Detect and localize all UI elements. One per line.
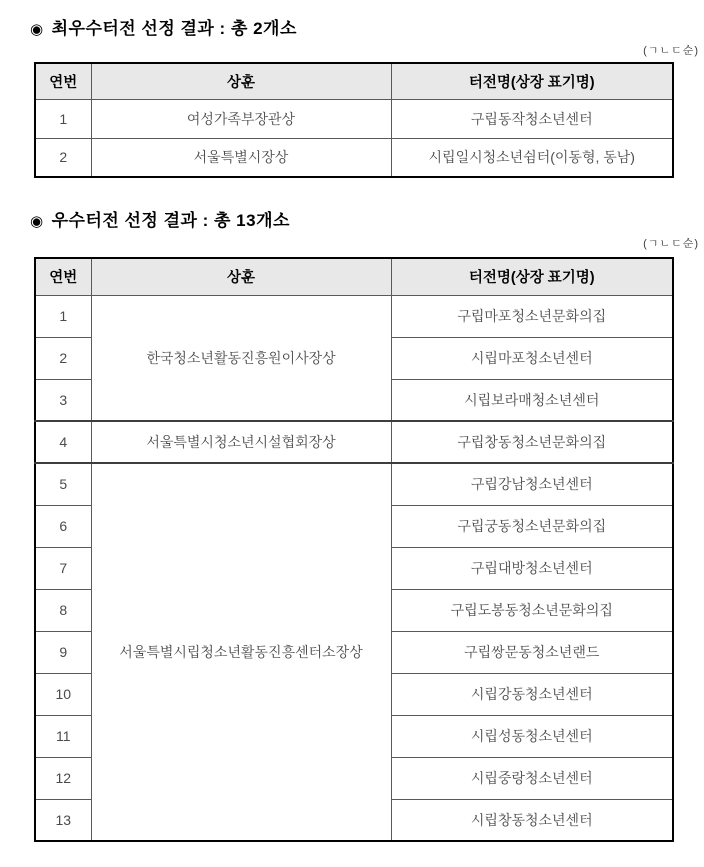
col-header-award: 상훈 bbox=[91, 63, 391, 99]
col-header-no: 연번 bbox=[35, 258, 91, 295]
sort-order-note: (ㄱㄴㄷ순) bbox=[643, 42, 699, 58]
cell-site: 구립궁동청소년문화의집 bbox=[391, 505, 673, 547]
col-header-no: 연번 bbox=[35, 63, 91, 99]
cell-no: 1 bbox=[35, 295, 91, 337]
col-header-site: 터전명(상장 표기명) bbox=[391, 258, 673, 295]
section-heading-best: ◉최우수터전 선정 결과 : 총 2개소 bbox=[30, 14, 297, 39]
cell-no: 2 bbox=[35, 337, 91, 379]
cell-award-merged: 서울특별시립청소년활동진흥센터소장상 bbox=[91, 463, 391, 841]
cell-no: 12 bbox=[35, 757, 91, 799]
cell-no: 7 bbox=[35, 547, 91, 589]
cell-no: 6 bbox=[35, 505, 91, 547]
cell-no: 11 bbox=[35, 715, 91, 757]
cell-no: 1 bbox=[35, 99, 91, 138]
section-title: 우수터전 선정 결과 : 총 13개소 bbox=[52, 211, 290, 230]
cell-award: 여성가족부장관상 bbox=[91, 99, 391, 138]
table-header-row: 연번 상훈 터전명(상장 표기명) bbox=[35, 258, 673, 295]
cell-no: 3 bbox=[35, 379, 91, 421]
col-header-site: 터전명(상장 표기명) bbox=[391, 63, 673, 99]
section-title: 최우수터전 선정 결과 : 총 2개소 bbox=[52, 19, 297, 38]
cell-site: 시립마포청소년센터 bbox=[391, 337, 673, 379]
cell-site: 구립마포청소년문화의집 bbox=[391, 295, 673, 337]
cell-no: 8 bbox=[35, 589, 91, 631]
cell-site: 구립쌍문동청소년랜드 bbox=[391, 631, 673, 673]
cell-no: 5 bbox=[35, 463, 91, 505]
cell-site: 시립성동청소년센터 bbox=[391, 715, 673, 757]
table-row: 5 서울특별시립청소년활동진흥센터소장상 구립강남청소년센터 bbox=[35, 463, 673, 505]
cell-award-merged: 한국청소년활동진흥원이사장상 bbox=[91, 295, 391, 421]
best-sites-table: 연번 상훈 터전명(상장 표기명) 1 여성가족부장관상 구립동작청소년센터 2… bbox=[34, 62, 674, 178]
section-heading-excellent: ◉우수터전 선정 결과 : 총 13개소 bbox=[30, 206, 290, 231]
table-row: 4 서울특별시청소년시설협회장상 구립창동청소년문화의집 bbox=[35, 421, 673, 463]
cell-no: 13 bbox=[35, 799, 91, 841]
fisheye-bullet-icon: ◉ bbox=[30, 21, 44, 38]
sort-order-note: (ㄱㄴㄷ순) bbox=[643, 235, 699, 251]
cell-site: 시립보라매청소년센터 bbox=[391, 379, 673, 421]
cell-site: 구립강남청소년센터 bbox=[391, 463, 673, 505]
cell-no: 10 bbox=[35, 673, 91, 715]
cell-site: 구립창동청소년문화의집 bbox=[391, 421, 673, 463]
cell-no: 2 bbox=[35, 138, 91, 177]
cell-site: 시립창동청소년센터 bbox=[391, 799, 673, 841]
cell-site: 시립중랑청소년센터 bbox=[391, 757, 673, 799]
cell-site: 시립일시청소년쉼터(이동형, 동남) bbox=[391, 138, 673, 177]
fisheye-bullet-icon: ◉ bbox=[30, 213, 44, 230]
cell-award: 서울특별시청소년시설협회장상 bbox=[91, 421, 391, 463]
cell-site: 시립강동청소년센터 bbox=[391, 673, 673, 715]
cell-no: 4 bbox=[35, 421, 91, 463]
table-row: 1 여성가족부장관상 구립동작청소년센터 bbox=[35, 99, 673, 138]
excellent-sites-table: 연번 상훈 터전명(상장 표기명) 1 한국청소년활동진흥원이사장상 구립마포청… bbox=[34, 257, 674, 842]
table-header-row: 연번 상훈 터전명(상장 표기명) bbox=[35, 63, 673, 99]
col-header-award: 상훈 bbox=[91, 258, 391, 295]
cell-site: 구립동작청소년센터 bbox=[391, 99, 673, 138]
document-page: { "document": { "bullet": "◉", "sort_not… bbox=[0, 0, 704, 867]
cell-no: 9 bbox=[35, 631, 91, 673]
cell-site: 구립도봉동청소년문화의집 bbox=[391, 589, 673, 631]
cell-site: 구립대방청소년센터 bbox=[391, 547, 673, 589]
cell-award: 서울특별시장상 bbox=[91, 138, 391, 177]
table-row: 2 서울특별시장상 시립일시청소년쉼터(이동형, 동남) bbox=[35, 138, 673, 177]
table-row: 1 한국청소년활동진흥원이사장상 구립마포청소년문화의집 bbox=[35, 295, 673, 337]
